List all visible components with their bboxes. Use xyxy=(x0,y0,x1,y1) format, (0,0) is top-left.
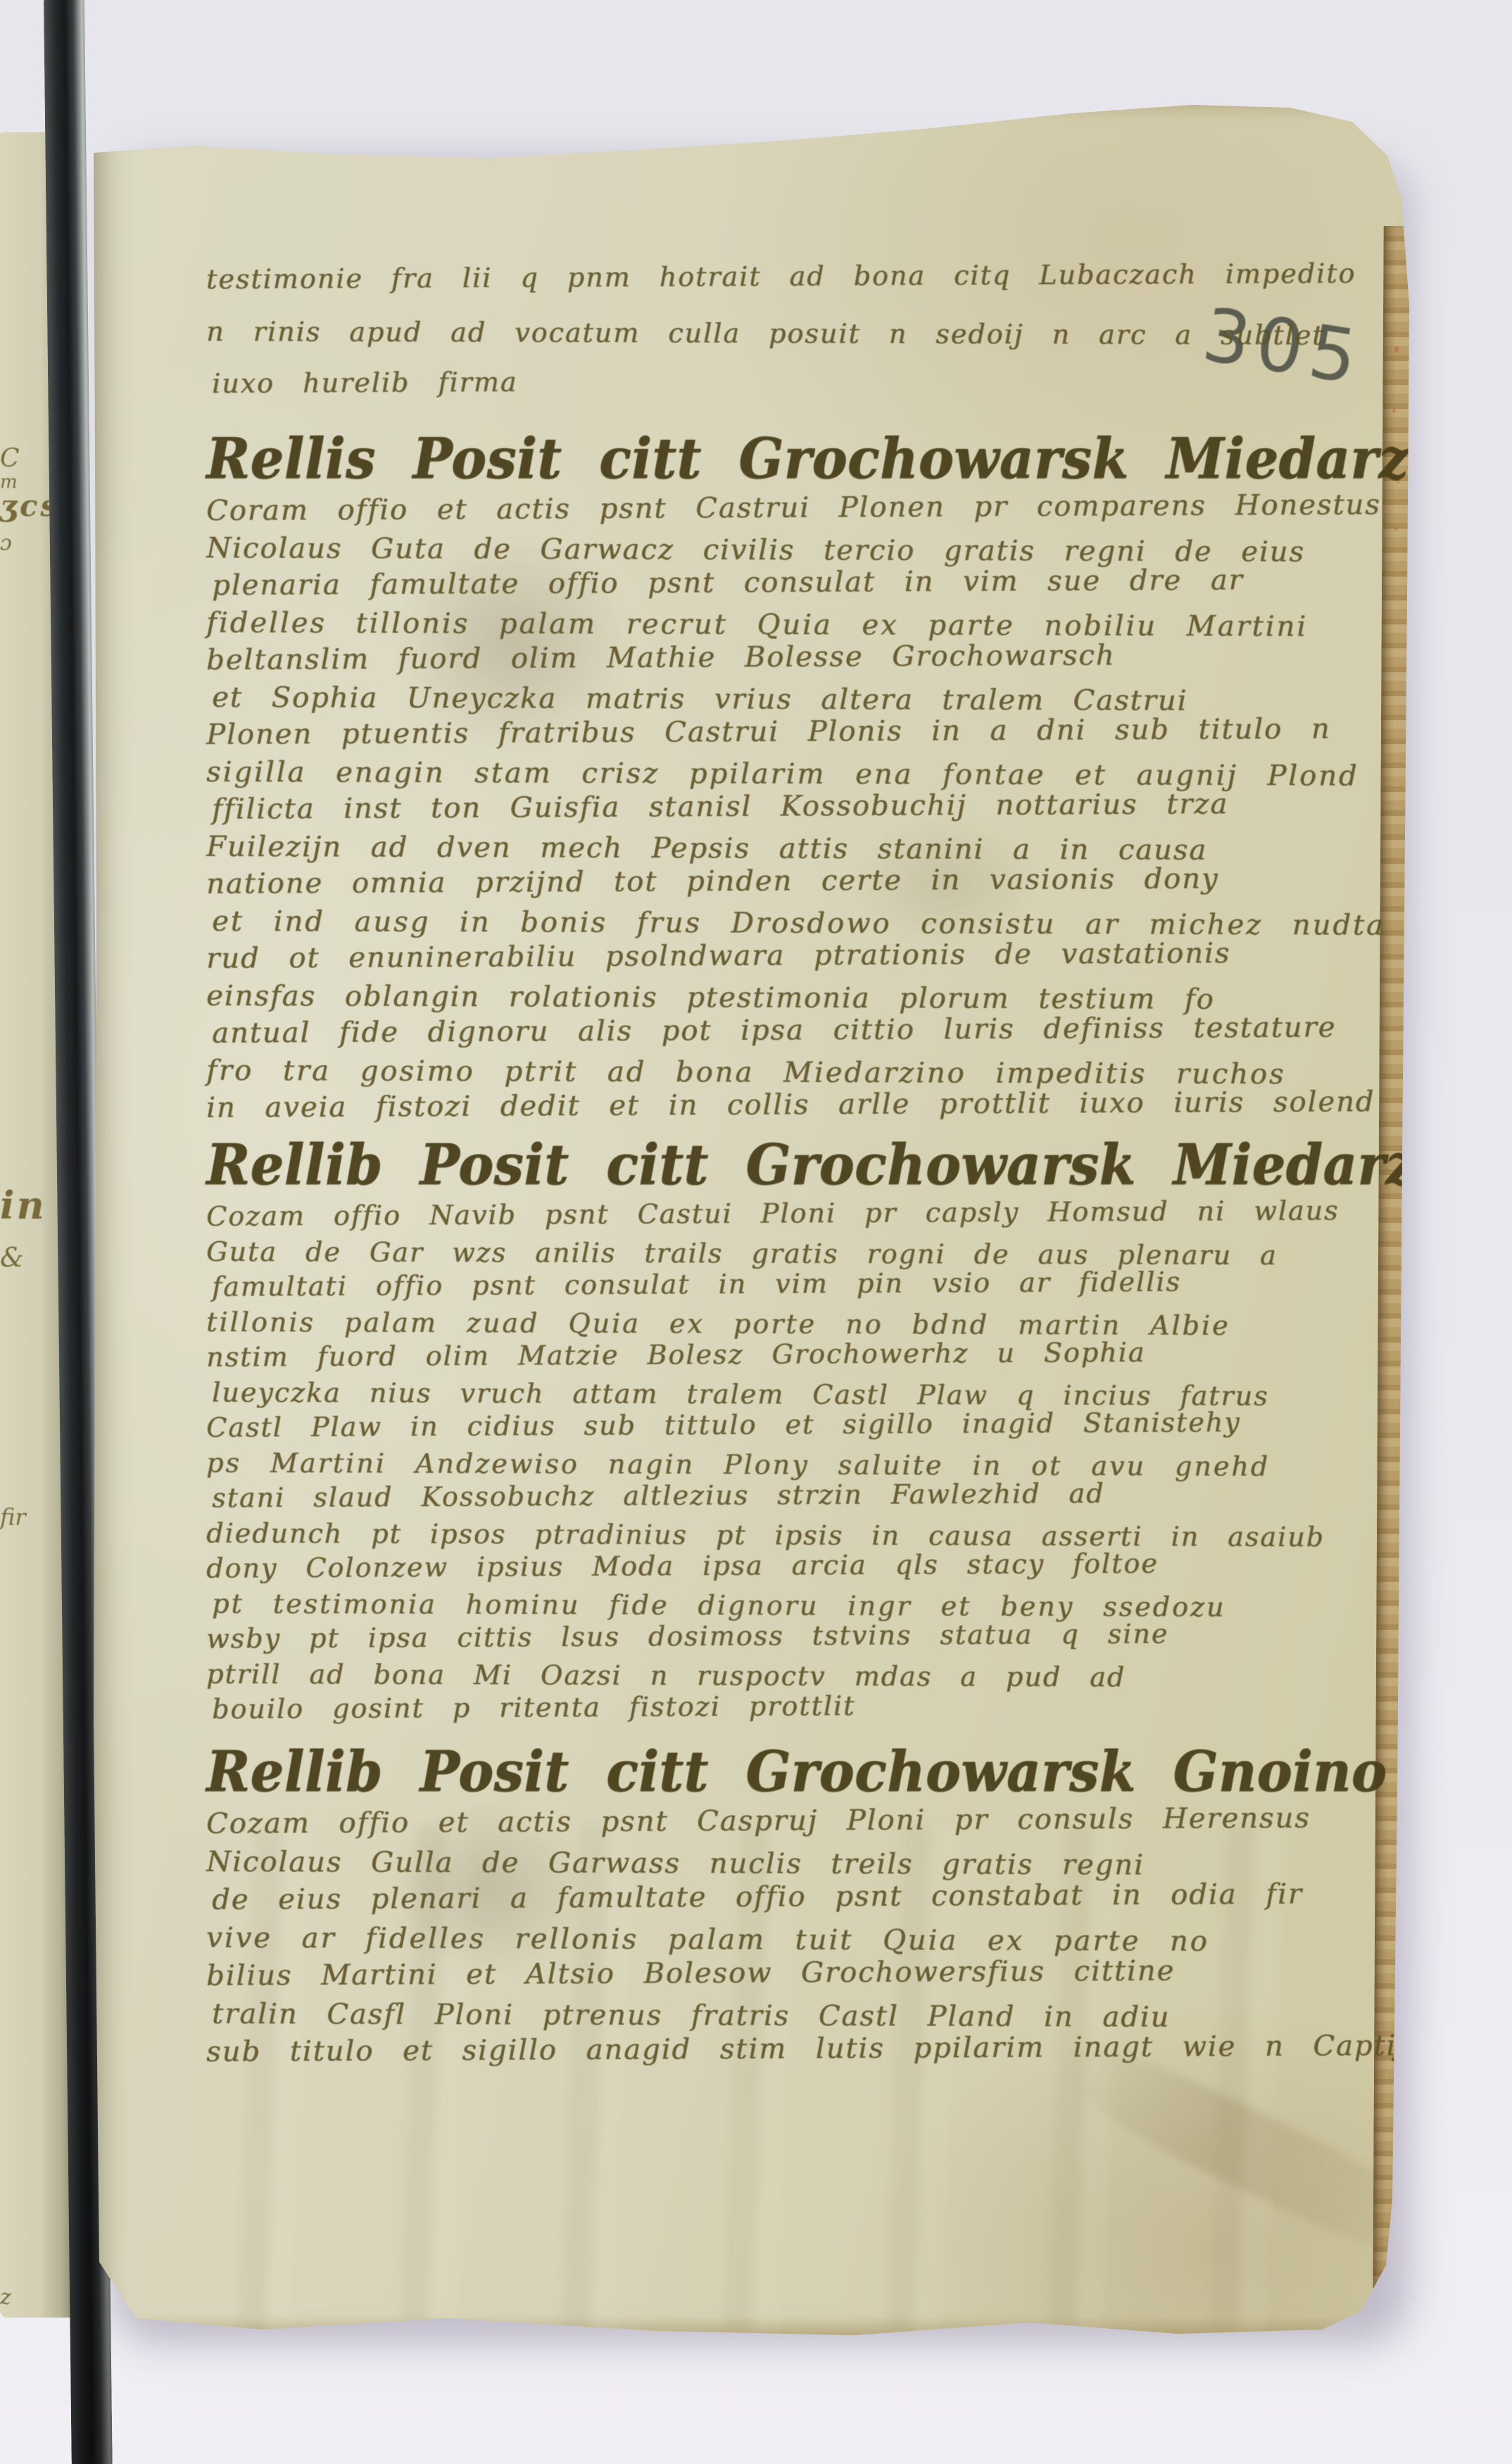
text-line: iuxo hurelib firma xyxy=(212,363,1290,420)
text-line: testimonie fra lii q pnm hotrait ad bona… xyxy=(206,258,1290,316)
handwritten-content: testimonie fra lii q pnm hotrait ad bona… xyxy=(206,264,1290,2074)
text-line: in aveia fistozi dedit et in collis arll… xyxy=(206,1086,1290,1129)
text-line: bouilo gosint p ritenta fistozi prottlit xyxy=(212,1688,1290,1729)
text-line: de eius plenari a famultate offio psnt c… xyxy=(212,1878,1290,1922)
text-line: Coram offio et actis psnt Castrui Plonen… xyxy=(206,489,1290,532)
text-line: nstim fuord olim Matzie Bolesz Grochower… xyxy=(206,1336,1290,1377)
entry-heading-2: Rellib Posit citt Grochowarsk Miedarzin xyxy=(206,1129,1290,1202)
text-line: stani slaud Kossobuchz altlezius strzin … xyxy=(212,1477,1290,1518)
text-line: plenaria famultate offio psnt consulat i… xyxy=(212,564,1290,607)
margin-ink-fragment: ɔ xyxy=(0,531,12,555)
text-line: Cozam offio et actis psnt Caspruj Ploni … xyxy=(206,1802,1290,1846)
entry-heading-3: Rellib Posit citt Grochowarsk Gnoino xyxy=(206,1736,1290,1809)
text-line: antual fide dignoru alis pot ipsa cittio… xyxy=(212,1012,1290,1055)
margin-ink-fragment: z xyxy=(0,2285,11,2310)
text-line: Cozam offio Navib psnt Castui Ploni pr c… xyxy=(206,1195,1290,1236)
previous-entry-fragment: testimonie fra lii q pnm hotrait ad bona… xyxy=(206,264,1290,420)
text-line: bilius Martini et Altsio Bolesow Grochow… xyxy=(206,1954,1290,1998)
text-line: sub titulo et sigillo anagid stim lutis … xyxy=(206,2030,1290,2074)
text-line: wsby pt ipsa cittis lsus dosimoss tstvin… xyxy=(206,1618,1290,1659)
text-line: ffilicta inst ton Guisfia stanisl Kossob… xyxy=(212,788,1290,831)
margin-ink-fragment: C xyxy=(0,444,20,473)
text-line: Plonen ptuentis fratribus Castrui Plonis… xyxy=(206,713,1290,756)
text-line: rud ot enuninerabiliu psolndwara ptratio… xyxy=(206,937,1290,980)
text-line: beltanslim fuord olim Mathie Bolesse Gro… xyxy=(206,639,1290,681)
margin-ink-fragment: fir xyxy=(0,1504,26,1530)
entry-body-2: Cozam offio Navib psnt Castui Ploni pr c… xyxy=(206,1201,1290,1729)
text-line: dony Colonzew ipsius Moda ipsa arcia qls… xyxy=(206,1547,1290,1588)
text-line: famultati offio psnt consulat in vim pin… xyxy=(212,1266,1290,1307)
manuscript-photo: C m ʒcsin ɔ in Skij & fir z 305 testimon… xyxy=(0,0,1512,2464)
margin-ink-fragment: & xyxy=(0,1242,24,1273)
manuscript-page: 305 testimonie fra lii q pnm hotrait ad … xyxy=(94,101,1413,2339)
text-line: natione omnia przijnd tot pinden certe i… xyxy=(206,862,1290,905)
entry-body-3: Cozam offio et actis psnt Caspruj Ploni … xyxy=(206,1808,1290,2074)
entry-body-1: Coram offio et actis psnt Castrui Plonen… xyxy=(206,495,1290,1129)
entry-heading-1: Rellis Posit citt Grochowarsk Miedarzin xyxy=(206,423,1290,496)
text-line: Castl Plaw in cidius sub tittulo et sigi… xyxy=(206,1407,1290,1447)
